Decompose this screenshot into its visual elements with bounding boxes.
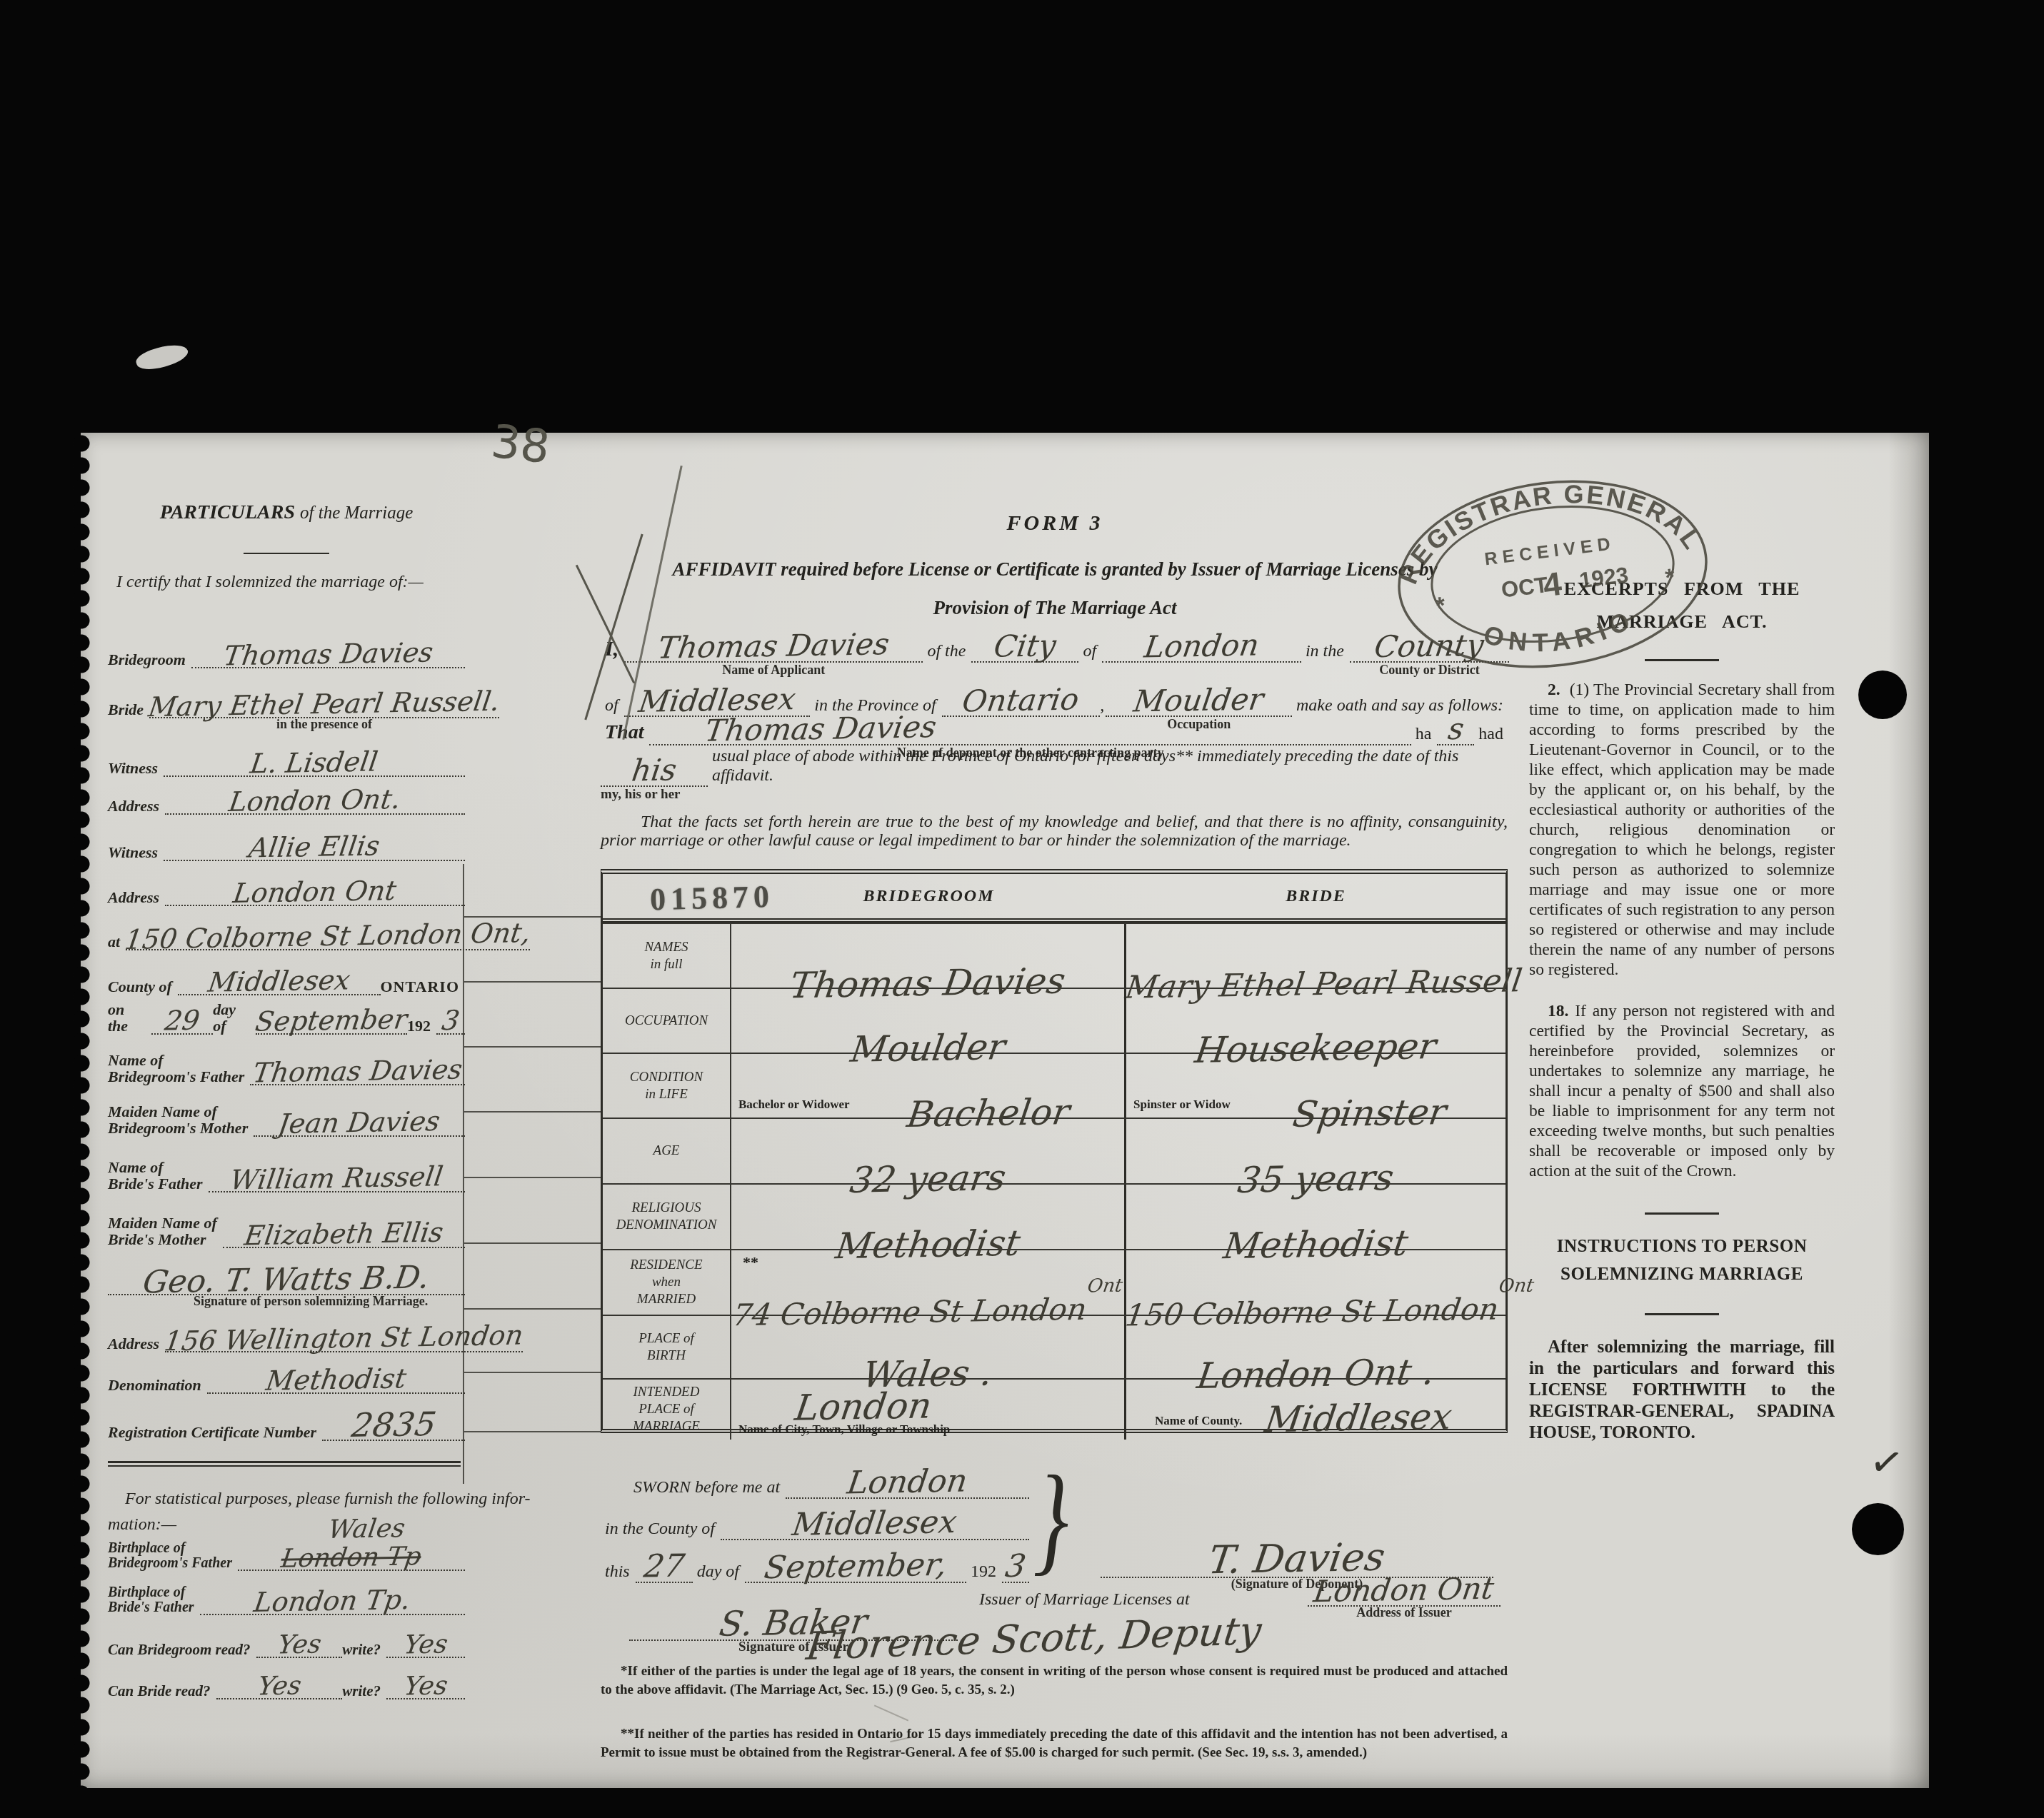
table-stub-line — [464, 1372, 601, 1373]
year-prefix: 192 — [966, 1562, 1002, 1583]
row-label: RESIDENCE when MARRIED — [603, 1250, 731, 1315]
table-stub-line — [464, 1046, 601, 1048]
on-the-label: on the — [108, 1002, 151, 1035]
field-value: 2835 — [350, 1411, 438, 1439]
field-bride: Bride Mary Ethel Pearl Russell. in the p… — [108, 674, 465, 718]
field-label: Bride — [108, 702, 149, 718]
struck-value: London Tp — [280, 1547, 423, 1570]
sworn-year-digit: 3 — [1004, 1555, 1028, 1578]
bride-condition-sublabel: Spinster or Widow — [1133, 1098, 1231, 1112]
column-header-bride: BRIDE — [1126, 874, 1506, 918]
table-row-age: AGE 32 years 35 years — [603, 1118, 1506, 1183]
sworn-before: SWORN before me at — [629, 1478, 786, 1499]
field-label: Denomination — [108, 1377, 207, 1394]
sworn-place: London — [846, 1470, 968, 1495]
excerpt-section-2: 2. (1) The Provincial Secretary shall fr… — [1529, 680, 1835, 980]
particulars-title: PARTICULARS of the Marriage — [108, 501, 465, 524]
this-label: this — [601, 1562, 636, 1583]
punch-hole-bottom — [1852, 1503, 1904, 1555]
affidavit-line1: I, Thomas Davies Name of Applicant of th… — [601, 617, 1509, 663]
write-value: Yes — [403, 1676, 449, 1697]
solemnizer-sublabel: Signature of person solemnizing Marriage… — [194, 1294, 428, 1309]
field-label: Address — [108, 890, 165, 906]
table-stub-line — [464, 1431, 601, 1432]
field-value: Methodist — [264, 1367, 407, 1392]
field-address3: Address 156 Wellington St London — [108, 1308, 465, 1352]
table-stub-line — [464, 1177, 601, 1178]
field-value: Jean Davies — [277, 1110, 442, 1135]
excerpt-2-body: The Provincial Secretary shall from time… — [1529, 681, 1835, 979]
field-denomination: Denomination Methodist — [108, 1350, 465, 1394]
corrected-value: Wales — [327, 1519, 406, 1541]
row-label: INTENDED PLACE of MARRIAGE — [603, 1380, 731, 1440]
row-label: AGE — [603, 1119, 731, 1183]
field-label: Can Bride read? — [108, 1684, 216, 1699]
pencil-page-number: 38 — [489, 415, 553, 474]
field-value: Mary Ethel Pearl Russell. — [147, 690, 501, 718]
excerpt-18-number: 18. — [1548, 1002, 1568, 1020]
field-bride-father: Name of Bride's Father William Russell — [108, 1147, 465, 1192]
sworn-line1: SWORN before me at London — [629, 1467, 1029, 1499]
field-value: Elizabeth Ellis — [243, 1222, 444, 1247]
field-can-bridegroom: Can Bridegroom read? Yes write? Yes — [108, 1614, 465, 1658]
affidavit-heading-1: AFFIDAVIT required before License or Cer… — [601, 558, 1509, 581]
day-of-label: day of — [213, 1002, 256, 1035]
punch-hole-top — [1858, 671, 1907, 719]
stamp-received: RECEIVED — [1483, 533, 1616, 569]
field-value: London Ont. — [228, 788, 402, 813]
groom-condition-sublabel: Bachelor or Widower — [738, 1098, 850, 1112]
table-row-names: NAMES in full Thomas Davies Mary Ethel P… — [603, 923, 1506, 988]
svg-text:ONTARIO: ONTARIO — [1477, 601, 1643, 666]
day-of-label: day of — [693, 1562, 745, 1583]
statistical-divider — [108, 1461, 461, 1467]
title-rule — [244, 553, 329, 554]
pronoun-fill: his — [631, 758, 678, 782]
write-label: write? — [342, 1684, 386, 1699]
instructions-title: INSTRUCTIONS TO PERSON SOLEMNIZING MARRI… — [1553, 1233, 1810, 1289]
license-table: BRIDEGROOM BRIDE 015870 NAMES in full Th… — [601, 869, 1508, 1433]
field-label: Witness — [108, 845, 164, 861]
intended-city: London — [793, 1392, 933, 1420]
field-label: Birthplace of Bride's Father — [108, 1585, 200, 1615]
field-value: London Tp. — [253, 1589, 412, 1613]
stamp-arc-bottom: ONTARIO — [1477, 601, 1643, 666]
table-stub-line — [464, 1242, 601, 1244]
solemnizer-signature: Geo. T. Watts B.D. — [141, 1265, 431, 1295]
field-witness2: Witness Allie Ellis — [108, 817, 465, 861]
field-label: Birthplace of Bridegroom's Father — [108, 1541, 238, 1571]
field-at: at 150 Colborne St London Ont, — [108, 906, 465, 950]
abode-text: usual place of abode within the Province… — [708, 747, 1509, 787]
issuer-address-sublabel: Address of Issuer — [1308, 1605, 1501, 1620]
issuer-at-label: Issuer of Marriage Licenses at — [979, 1590, 1190, 1609]
affidavit-heading-2: Provision of The Marriage Act — [601, 597, 1509, 619]
field-value: 156 Wellington St London — [163, 1325, 524, 1352]
field-label: at — [108, 934, 126, 950]
row-label: NAMES in full — [603, 924, 731, 988]
field-label: Name of Bridegroom's Father — [108, 1053, 250, 1085]
read-value: Yes — [256, 1676, 303, 1697]
brace: } — [1033, 1449, 1069, 1590]
locality-type: City — [993, 634, 1058, 658]
field-value: Allie Ellis — [248, 835, 381, 859]
field-label: Registration Certificate Number — [108, 1425, 322, 1441]
affidavit-line3: That Thomas Davies Name of deponent or t… — [601, 701, 1509, 745]
paper-scrap — [134, 340, 191, 373]
groom-residence-province: Ont — [1086, 1280, 1123, 1294]
footnote-consent: *If either of the parties is under the l… — [601, 1662, 1508, 1699]
excerpt-2-subsection: (1) — [1570, 681, 1589, 699]
field-address1: Address London Ont. — [108, 770, 465, 815]
field-address2: Address London Ont — [108, 862, 465, 906]
deputy-signature: Florence Scott, Deputy — [804, 1608, 1264, 1669]
facts-paragraph: That the facts set forth herein are true… — [601, 813, 1508, 850]
year-digit: 3 — [441, 1010, 461, 1032]
table-row-condition: CONDITION in LIFE Bachelor or Widower Ba… — [603, 1053, 1506, 1118]
table-row-residence: RESIDENCE when MARRIED ** 74 Colborne St… — [603, 1249, 1506, 1315]
field-groom-mother: Maiden Name of Bridegroom's Mother Jean … — [108, 1091, 465, 1137]
field-bridegroom: Bridegroom Thomas Davies — [108, 624, 465, 668]
write-value: Yes — [403, 1634, 449, 1656]
column-divider-rule — [463, 864, 464, 1484]
ha-fill: s — [1446, 718, 1465, 740]
table-stub-line — [464, 1308, 601, 1310]
field-value: 150 Colborne St London Ont, — [124, 922, 532, 950]
field-label: Maiden Name of Bridegroom's Mother — [108, 1104, 254, 1137]
intended-city-sublabel: Name of City, Town, Village or Township — [738, 1422, 950, 1437]
residence-marker: ** — [743, 1253, 758, 1272]
word-in-the: in the — [1301, 642, 1350, 663]
deponent-signature: T. Davies — [1207, 1543, 1387, 1575]
sworn-county: Middlesex — [791, 1510, 958, 1537]
particulars-title-rest: of the Marriage — [300, 503, 413, 523]
table-stub-line — [464, 981, 601, 983]
form-title: FORM 3 — [601, 511, 1509, 536]
field-value: London Ont — [232, 880, 398, 904]
field-birthplace-bride-father: Birthplace of Bride's Father London Tp. — [108, 1571, 465, 1615]
column-header-bridegroom: BRIDEGROOM — [731, 874, 1126, 918]
row-label: RELIGIOUS DENOMINATION — [603, 1185, 731, 1249]
year-prefix: 192 — [407, 1018, 436, 1035]
deckle-edge — [71, 433, 91, 1788]
table-stub-line — [464, 916, 601, 918]
field-value: Thomas Davies — [251, 1058, 464, 1083]
table-stub-line — [464, 1111, 601, 1113]
excerpt-18-body: If any person not registered with and ce… — [1529, 1002, 1835, 1180]
field-value: William Russell — [229, 1165, 444, 1191]
row-label: CONDITION in LIFE — [603, 1054, 731, 1118]
issuer-place: London Ont — [1313, 1577, 1496, 1603]
intended-county-sublabel: Name of County. — [1155, 1414, 1242, 1428]
field-county: County of Middlesex ONTARIO — [108, 951, 465, 995]
field-label: Maiden Name of Bride's Mother — [108, 1215, 223, 1248]
month-value: September — [254, 1008, 409, 1033]
license-serial-number: 015870 — [649, 878, 774, 918]
statistical-intro-1: For statistical purposes, please furnish… — [108, 1490, 465, 1509]
word-had: had — [1474, 725, 1509, 745]
sworn-day: 27 — [642, 1555, 686, 1579]
table-header: BRIDEGROOM BRIDE 015870 — [603, 874, 1506, 923]
field-bride-mother: Maiden Name of Bride's Mother Elizabeth … — [108, 1202, 465, 1248]
pronoun-sublabel: my, his or her — [601, 787, 708, 803]
affidavit-line4: his my, his or her usual place of abode … — [601, 744, 1509, 787]
registrar-general-received-stamp: REGISTRAR GENERAL ONTARIO RECEIVED OCT 4… — [1381, 458, 1725, 690]
particulars-title-main: PARTICULARS — [160, 501, 295, 523]
scanned-marriage-affidavit: { "marks": { "page_number": "38", "check… — [0, 0, 2044, 1818]
sworn-line2: in the County of Middlesex — [601, 1509, 1029, 1540]
locality-name: London — [1143, 634, 1260, 658]
in-county-label: in the County of — [601, 1520, 721, 1540]
certify-line: I certify that I solemnized the marriage… — [108, 573, 465, 592]
field-solemnizer-signature: Geo. T. Watts B.D. Signature of person s… — [108, 1247, 465, 1295]
table-row-birthplace: PLACE of BIRTH Wales . London Ont . — [603, 1315, 1506, 1378]
field-label: Bridegroom — [108, 652, 191, 668]
field-birthplace-groom-father: Birthplace of Bridegroom's Father Wales … — [108, 1525, 465, 1571]
excerpts-rule-1 — [1645, 659, 1719, 661]
field-registration: Registration Certificate Number 2835 — [108, 1397, 465, 1441]
table-row-intended-place: INTENDED PLACE of MARRIAGE London Name o… — [603, 1378, 1506, 1440]
field-date: on the 29 day of September 192 3 — [108, 990, 465, 1035]
footnote-residency: **If neither of the parties has resided … — [601, 1725, 1508, 1762]
stamp-year: 1923 — [1578, 562, 1630, 593]
presence-sublabel: in the presence of — [149, 717, 499, 732]
row-label: PLACE of BIRTH — [603, 1316, 731, 1378]
applicant-name: Thomas Davies — [656, 633, 891, 659]
field-value: Thomas Davies — [222, 641, 434, 666]
table-row-denomination: RELIGIOUS DENOMINATION Methodist Methodi… — [603, 1183, 1506, 1249]
sworn-block: SWORN before me at London in the County … — [601, 1467, 1508, 1646]
excerpts-rule-2 — [1645, 1212, 1719, 1215]
table-row-occupation: OCCUPATION Moulder Housekeeper — [603, 988, 1506, 1053]
field-can-bride: Can Bride read? Yes write? Yes — [108, 1655, 465, 1699]
deponent-name: Thomas Davies — [704, 715, 938, 742]
row-label: OCCUPATION — [603, 989, 731, 1053]
intended-county: Middlesex — [1263, 1404, 1453, 1433]
field-label: Name of Bride's Father — [108, 1160, 209, 1192]
field-label: Address — [108, 798, 165, 815]
day-value: 29 — [164, 1010, 201, 1032]
stamp-day: 4 — [1541, 565, 1564, 604]
instructions-body: After solemnizing the marriage, fill in … — [1529, 1337, 1835, 1444]
word-of: of — [1078, 642, 1102, 663]
sworn-line3: this 27 day of September, 192 3 — [601, 1552, 1029, 1583]
word-of-the: of the — [923, 642, 971, 663]
word-ha: ha — [1411, 725, 1438, 745]
sworn-month: September, — [763, 1553, 948, 1580]
excerpts-rule-3 — [1645, 1313, 1719, 1315]
field-groom-father: Name of Bridegroom's Father Thomas Davie… — [108, 1040, 465, 1085]
excerpt-section-18: 18. If any person not registered with an… — [1529, 1001, 1835, 1181]
excerpts-section: EXCERPTS FROM THE MARRIAGE ACT. 2. (1) T… — [1529, 573, 1835, 1444]
excerpt-2-number: 2. — [1548, 681, 1560, 699]
read-value: Yes — [276, 1634, 323, 1656]
stamp-star-left: * — [1434, 592, 1448, 620]
